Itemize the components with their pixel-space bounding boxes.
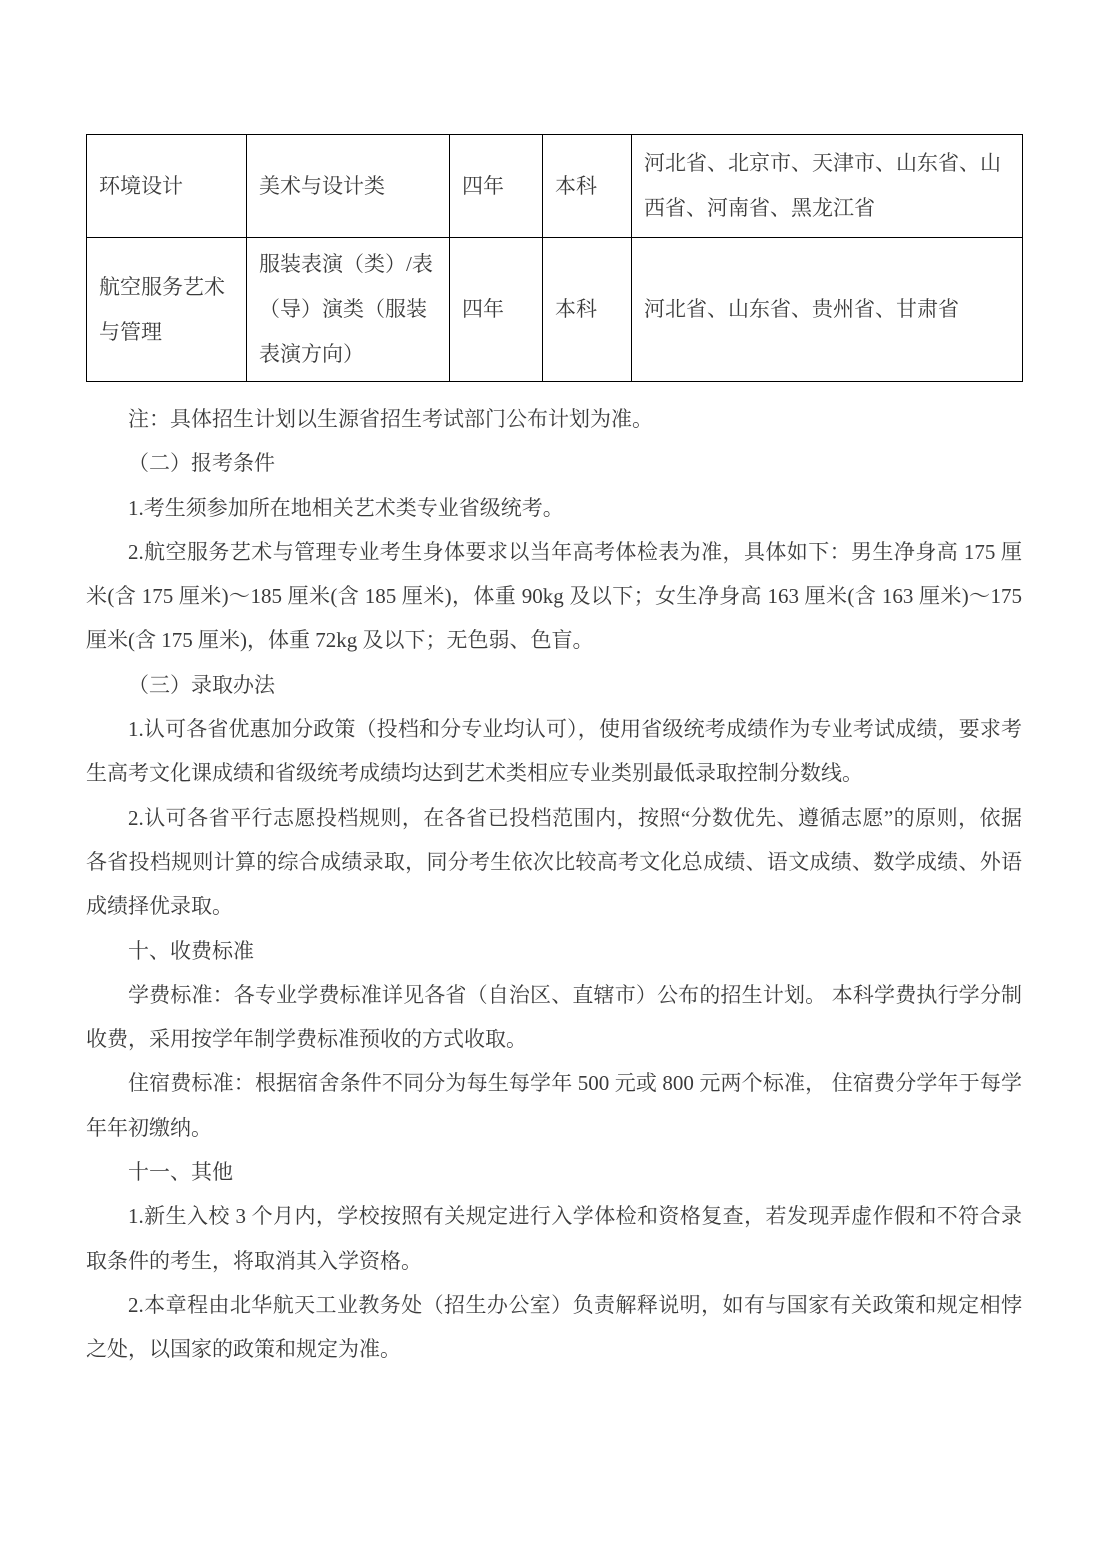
paragraph-reexamination: 1.新生入校 3 个月内，学校按照有关规定进行入学体检和资格复查，若发现弄虚作假… xyxy=(86,1194,1022,1283)
paragraph-exam-requirement: 1.考生须参加所在地相关艺术类专业省级统考。 xyxy=(86,486,1022,530)
paragraph-physical-requirement: 2.航空服务艺术与管理专业考生身体要求以当年高考体检表为准，具体如下：男生净身高… xyxy=(86,530,1022,663)
paragraph-bonus-policy: 1.认可各省优惠加分政策（投档和分专业均认可），使用省级统考成绩作为专业考试成绩… xyxy=(86,707,1022,796)
paragraph-interpretation: 2.本章程由北华航天工业教务处（招生办公室）负责解释说明，如有与国家有关政策和规… xyxy=(86,1283,1022,1372)
section-heading-application-conditions: （二）报考条件 xyxy=(86,441,1022,485)
table-row-aviation-service: 航空服务艺术与管理 服装表演（类）/表（导）演类（服装表演方向） 四年 本科 河… xyxy=(87,238,1023,382)
paragraph-parallel-volunteer-rule: 2.认可各省平行志愿投档规则，在各省已投档范围内，按照“分数优先、遵循志愿”的原… xyxy=(86,796,1022,929)
table-row-environment-design: 环境设计 美术与设计类 四年 本科 河北省、北京市、天津市、山东省、山西省、河南… xyxy=(87,135,1023,238)
provinces-cell: 河北省、北京市、天津市、山东省、山西省、河南省、黑龙江省 xyxy=(632,135,1023,238)
category-cell: 美术与设计类 xyxy=(247,135,450,238)
duration-cell: 四年 xyxy=(450,135,543,238)
major-cell: 环境设计 xyxy=(87,135,247,238)
level-cell: 本科 xyxy=(543,135,632,238)
major-cell: 航空服务艺术与管理 xyxy=(87,238,247,382)
paragraph-note: 注：具体招生计划以生源省招生考试部门公布计划为准。 xyxy=(86,397,1022,441)
provinces-cell: 河北省、山东省、贵州省、甘肃省 xyxy=(632,238,1023,382)
section-heading-admission-method: （三）录取办法 xyxy=(86,663,1022,707)
document-body: 注：具体招生计划以生源省招生考试部门公布计划为准。 （二）报考条件 1.考生须参… xyxy=(86,397,1022,1372)
paragraph-accommodation-standard: 住宿费标准：根据宿舍条件不同分为每生每学年 500 元或 800 元两个标准， … xyxy=(86,1061,1022,1150)
enrollment-plan-table: 环境设计 美术与设计类 四年 本科 河北省、北京市、天津市、山东省、山西省、河南… xyxy=(86,134,1023,382)
paragraph-tuition-standard: 学费标准：各专业学费标准详见各省（自治区、直辖市）公布的招生计划。 本科学费执行… xyxy=(86,973,1022,1062)
level-cell: 本科 xyxy=(543,238,632,382)
document-page: 环境设计 美术与设计类 四年 本科 河北省、北京市、天津市、山东省、山西省、河南… xyxy=(86,134,1022,1372)
section-heading-fees: 十、收费标准 xyxy=(86,929,1022,973)
duration-cell: 四年 xyxy=(450,238,543,382)
section-heading-others: 十一、其他 xyxy=(86,1150,1022,1194)
category-cell: 服装表演（类）/表（导）演类（服装表演方向） xyxy=(247,238,450,382)
